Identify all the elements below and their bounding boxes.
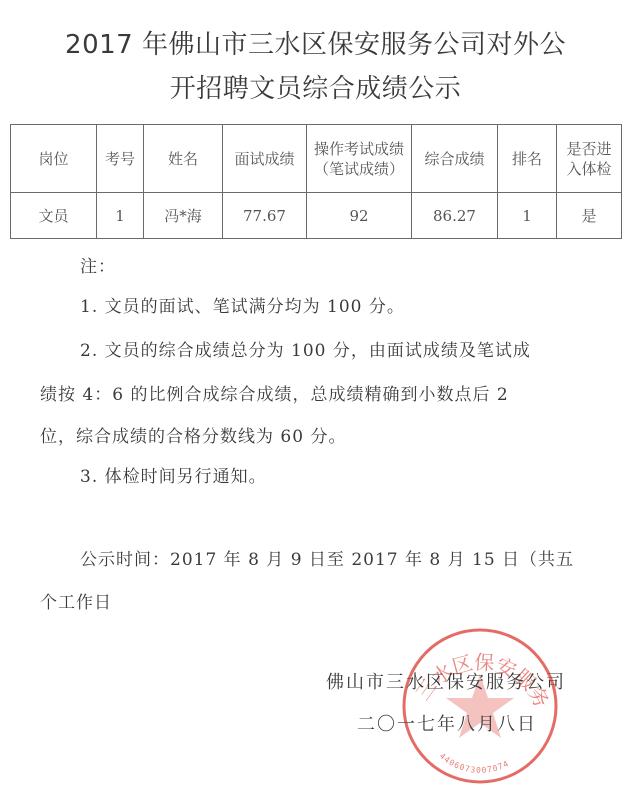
signature-date: 二〇一七年八月八日 (357, 710, 537, 736)
note-item-2-line2: 绩按 4：6 的比例合成综合成绩，总成绩精确到小数点后 2 (40, 380, 509, 405)
header-written-line2: （笔试成绩） (307, 159, 411, 179)
header-total-score: 综合成绩 (412, 125, 498, 193)
header-rank: 排名 (498, 125, 557, 193)
cell-total-score: 86.27 (412, 193, 498, 239)
publicity-period-line1: 公示时间：2017 年 8 月 9 日至 2017 年 8 月 15 日（共五 (80, 545, 574, 570)
table-row: 文员 1 冯*海 77.67 92 86.27 1 是 (11, 193, 622, 239)
notes-heading: 注： (80, 252, 116, 277)
note-item-1: 1. 文员的面试、笔试满分均为 100 分。 (80, 292, 405, 317)
cell-position: 文员 (11, 193, 97, 239)
cell-name: 冯*海 (144, 193, 223, 239)
cell-rank: 1 (498, 193, 557, 239)
publicity-period-line2: 个工作日 (40, 588, 112, 613)
note-item-2-line3: 位，综合成绩的合格分数线为 60 分。 (40, 422, 346, 447)
note-item-2-line1: 2. 文员的综合成绩总分为 100 分，由面试成绩及笔试成 (80, 336, 531, 361)
header-written-score: 操作考试成绩 （笔试成绩） (307, 125, 412, 193)
table-header-row: 岗位 考号 姓名 面试成绩 操作考试成绩 （笔试成绩） 综合成绩 排名 是否进 … (11, 125, 622, 193)
company-seal-icon: 三水区保安服务 4406073007074 (400, 626, 560, 786)
header-written-line1: 操作考试成绩 (307, 139, 411, 159)
document-title-line1: 2017 年佛山市三水区保安服务公司对外公 (0, 24, 631, 61)
header-interview-score: 面试成绩 (223, 125, 307, 193)
header-name: 姓名 (144, 125, 223, 193)
note-item-3: 3. 体检时间另行通知。 (80, 462, 267, 487)
cell-written-score: 92 (307, 193, 412, 239)
header-physical-line1: 是否进 (557, 139, 621, 159)
header-position: 岗位 (11, 125, 97, 193)
signature-company: 佛山市三水区保安服务公司 (326, 668, 566, 694)
cell-interview-score: 77.67 (223, 193, 307, 239)
results-table: 岗位 考号 姓名 面试成绩 操作考试成绩 （笔试成绩） 综合成绩 排名 是否进 … (10, 124, 622, 239)
svg-text:4406073007074: 4406073007074 (438, 751, 511, 774)
cell-physical-exam: 是 (557, 193, 622, 239)
document-title-line2: 开招聘文员综合成绩公示 (0, 68, 631, 105)
header-physical-exam: 是否进 入体检 (557, 125, 622, 193)
header-physical-line2: 入体检 (557, 159, 621, 179)
header-exam-no: 考号 (97, 125, 144, 193)
cell-exam-no: 1 (97, 193, 144, 239)
